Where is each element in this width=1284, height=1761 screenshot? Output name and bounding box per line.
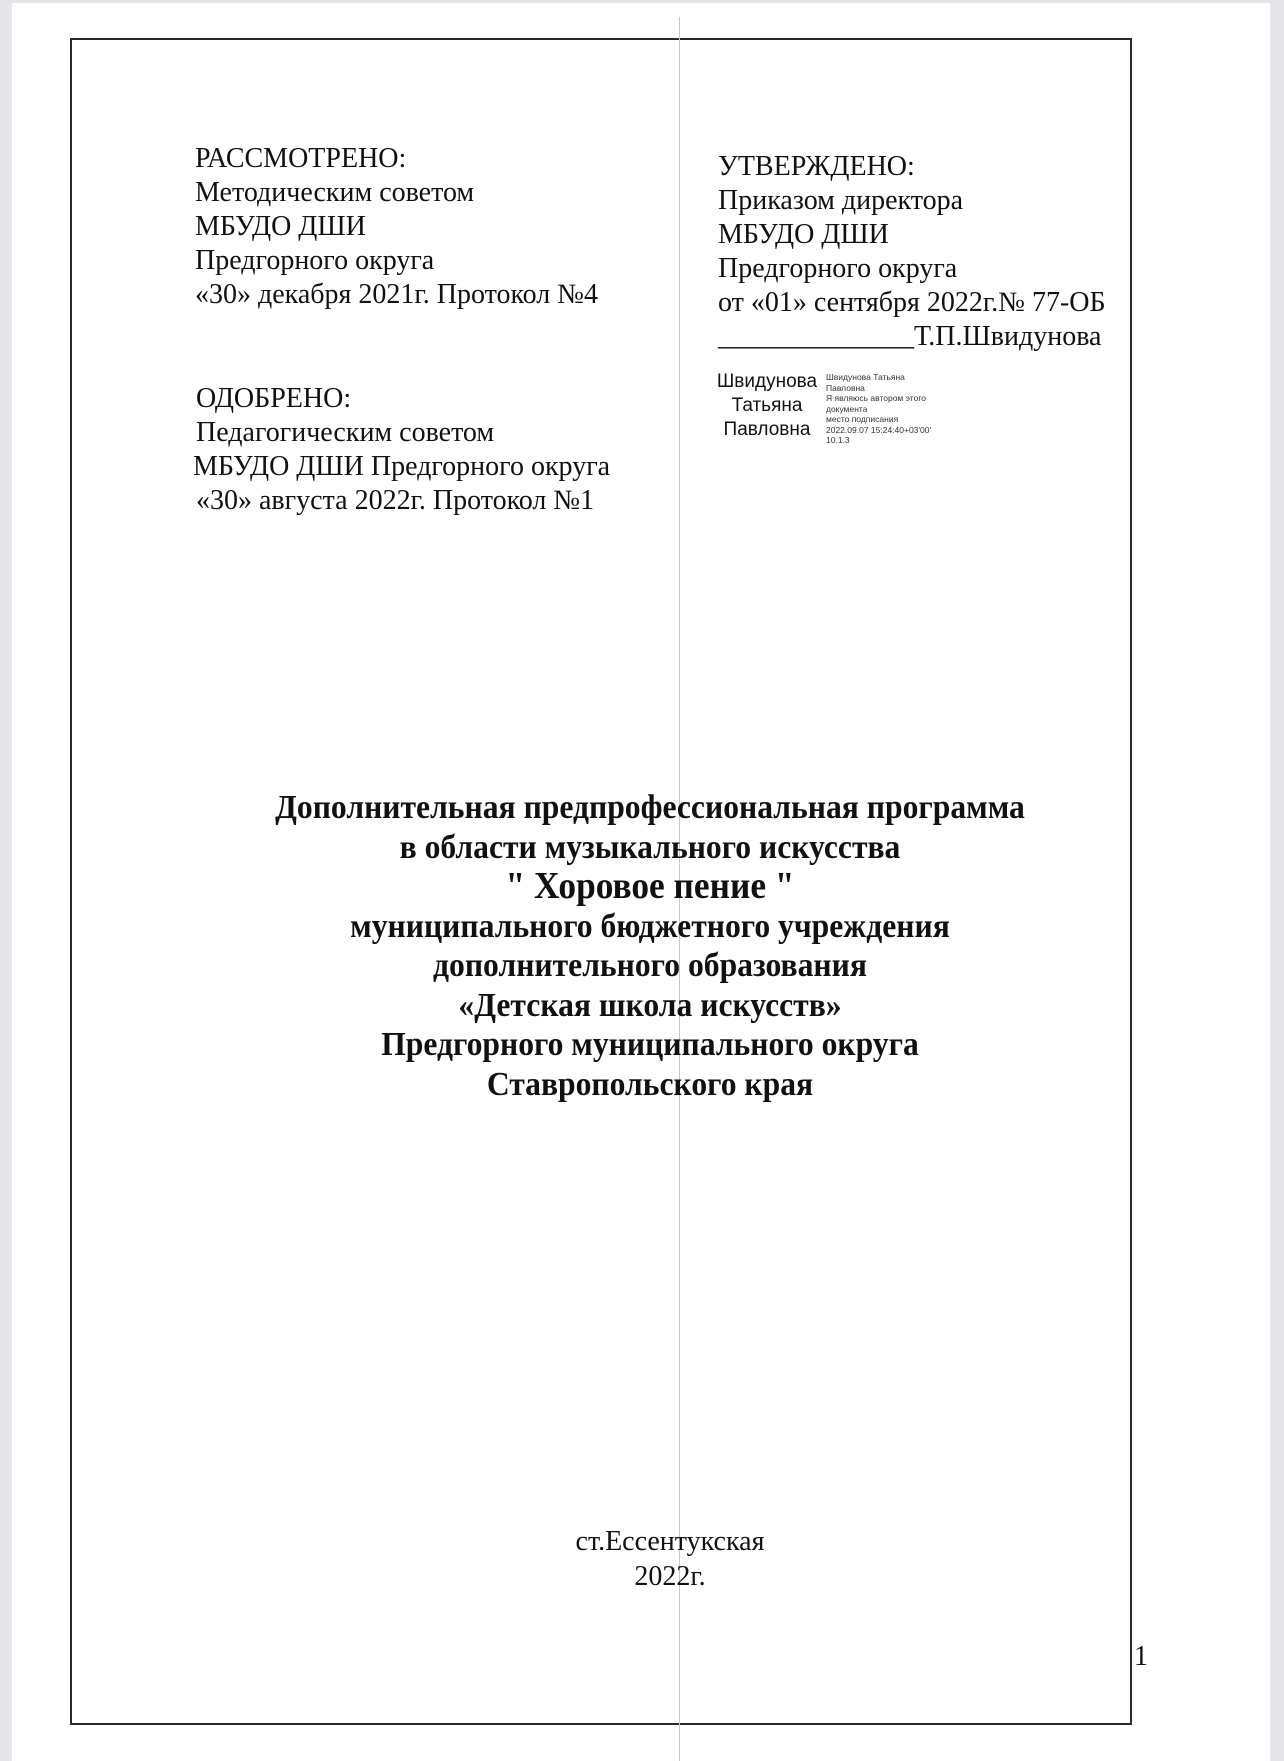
location: ст.Ессентукская xyxy=(470,1524,870,1559)
reviewed-line: «30» декабря 2021г. Протокол №4 xyxy=(195,278,598,312)
approved-line: от «01» сентября 2022г.№ 77-ОБ xyxy=(718,286,1106,320)
agreed-block: ОДОБРЕНО: Педагогическим советом МБУДО Д… xyxy=(196,382,610,518)
title-line: муниципального бюджетного учреждения xyxy=(185,907,1115,947)
approved-line: Приказом директора xyxy=(718,184,1106,218)
program-title: Дополнительная предпрофессиональная прог… xyxy=(185,788,1115,1104)
reviewed-line: Методическим советом xyxy=(195,176,598,210)
approved-block: УТВЕРЖДЕНО: Приказом директора МБУДО ДШИ… xyxy=(718,150,1106,354)
approved-heading: УТВЕРЖДЕНО: xyxy=(718,150,1106,184)
signature-detail-line: Швидунова Татьяна xyxy=(826,372,931,383)
signer-name-line: Швидунова xyxy=(712,370,822,394)
year: 2022г. xyxy=(470,1559,870,1594)
approved-line: МБУДО ДШИ xyxy=(718,218,1106,252)
agreed-heading: ОДОБРЕНО: xyxy=(196,382,610,416)
program-name: " Хоровое пение " xyxy=(185,867,1115,907)
signature-detail-line: Павловна xyxy=(826,383,931,394)
signer-name: Швидунова Татьяна Павловна xyxy=(712,370,822,442)
place-and-year: ст.Ессентукская 2022г. xyxy=(470,1524,870,1594)
signature-version: 10.1.3 xyxy=(826,435,931,446)
reviewed-block: РАССМОТРЕНО: Методическим советом МБУДО … xyxy=(195,142,598,312)
title-line: Ставропольского края xyxy=(185,1065,1115,1105)
reviewed-line: МБУДО ДШИ xyxy=(195,210,598,244)
signer-name-line: Татьяна xyxy=(712,394,822,418)
agreed-line: МБУДО ДШИ Предгорного округа xyxy=(193,450,610,484)
signer-name-line: Павловна xyxy=(712,418,822,442)
signature-detail-line: Я являюсь автором этого xyxy=(826,393,931,404)
signature-timestamp: 2022.09.07 15:24:40+03'00' xyxy=(826,425,931,436)
signature-detail-line: документа xyxy=(826,404,931,415)
signature-details: Швидунова Татьяна Павловна Я являюсь авт… xyxy=(826,372,931,446)
title-line: Предгорного муниципального округа xyxy=(185,1025,1115,1065)
director-signature-line: ______________Т.П.Швидунова xyxy=(718,320,1106,354)
page-number: 1 xyxy=(1134,1641,1148,1673)
title-line: дополнительного образования xyxy=(185,946,1115,986)
agreed-line: «30» августа 2022г. Протокол №1 xyxy=(196,484,610,518)
title-line: в области музыкального искусства xyxy=(185,828,1115,868)
title-line: «Детская школа искусств» xyxy=(185,986,1115,1026)
approved-line: Предгорного округа xyxy=(718,252,1106,286)
reviewed-line: Предгорного округа xyxy=(195,244,598,278)
signature-detail-line: место подписания xyxy=(826,414,931,425)
digital-signature-stamp: Швидунова Татьяна Павловна Швидунова Тат… xyxy=(712,370,931,446)
agreed-line: Педагогическим советом xyxy=(196,416,610,450)
title-line: Дополнительная предпрофессиональная прог… xyxy=(185,788,1115,828)
reviewed-heading: РАССМОТРЕНО: xyxy=(195,142,598,176)
